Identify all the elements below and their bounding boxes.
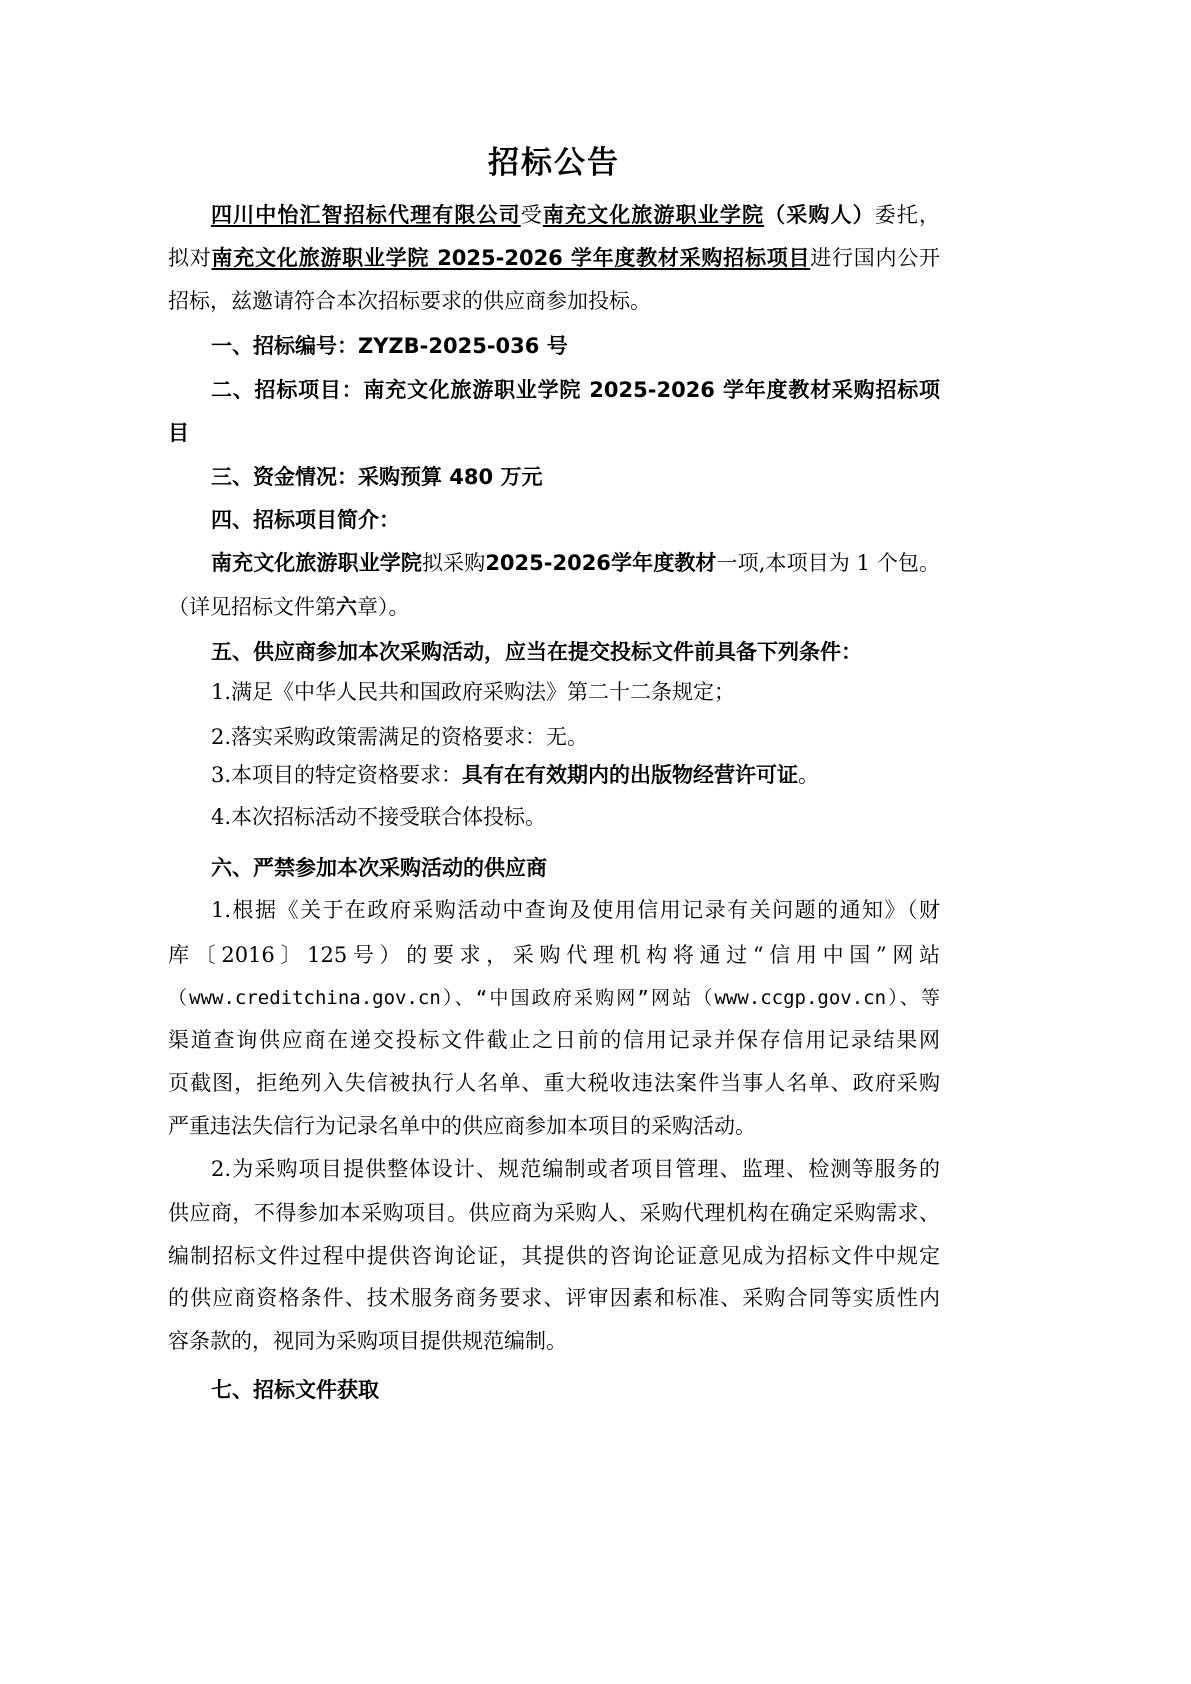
intro-text: 进行国内公开 xyxy=(810,246,940,270)
section-2-project-line-1: 二、招标项目：南充文化旅游职业学院 2025-2026 学年度教材采购招标项 xyxy=(168,375,940,405)
section-6-p1-line: 库〔2016〕125号）的要求，采购代理机构将通过“信用中国”网站 xyxy=(168,940,940,970)
text: 3.本项目的特定资格要求： xyxy=(211,763,462,787)
section-6-p1-line: 严重违法失信行为记录名单中的供应商参加本项目的采购活动。 xyxy=(168,1111,940,1141)
intro-line-2: 拟对南充文化旅游职业学院 2025-2026 学年度教材采购招标项目进行国内公开 xyxy=(168,243,940,273)
section-5-heading: 五、供应商参加本次采购活动，应当在提交投标文件前具备下列条件： xyxy=(168,637,940,667)
text: 章）。 xyxy=(357,595,410,619)
section-1-bid-number: 一、招标编号：ZYZB-2025-036 号 xyxy=(168,331,940,361)
project-name: 南充文化旅游职业学院 2025-2026 学年度教材采购招标项目 xyxy=(212,246,811,270)
section-4-reference: （详见招标文件第六章）。 xyxy=(168,592,940,622)
section-5-item-3: 3.本项目的特定资格要求：具有在有效期内的出版物经营许可证。 xyxy=(168,760,940,790)
text: 一项,本项目为 1 个包。 xyxy=(717,551,940,575)
section-5-item-1: 1.满足《中华人民共和国政府采购法》第二十二条规定； xyxy=(168,677,940,707)
item-name: 2025-2026学年度教材 xyxy=(485,551,716,575)
text: （详见招标文件第 xyxy=(168,595,336,619)
section-7-heading: 七、招标文件获取 xyxy=(168,1375,940,1405)
section-6-p1-line: 页截图，拒绝列入失信被执行人名单、重大税收违法案件当事人名单、政府采购 xyxy=(168,1068,940,1098)
license-requirement: 具有在有效期内的出版物经营许可证 xyxy=(462,763,798,787)
section-5-item-4: 4.本次招标活动不接受联合体投标。 xyxy=(168,802,940,832)
text: 。 xyxy=(798,763,819,787)
section-5-item-2: 2.落实采购政策需满足的资格要求：无。 xyxy=(168,722,940,752)
purchaser-name: 南充文化旅游职业学院 xyxy=(211,551,422,575)
purchaser-name: 南充文化旅游职业学院 xyxy=(543,203,764,227)
agency-name: 四川中怡汇智招标代理有限公司 xyxy=(211,203,521,227)
section-6-p2-line: 供应商，不得参加本采购项目。供应商为采购人、采购代理机构在确定采购需求、 xyxy=(168,1198,940,1228)
section-4-paragraph: 南充文化旅游职业学院拟采购2025-2026学年度教材一项,本项目为 1 个包。 xyxy=(168,548,940,578)
intro-text: 受 xyxy=(521,203,543,227)
chapter-number: 六 xyxy=(336,595,357,619)
intro-line-1: 四川中怡汇智招标代理有限公司受南充文化旅游职业学院（采购人）委托， xyxy=(168,200,940,230)
section-6-p2-line: 编制招标文件过程中提供咨询论证，其提供的咨询论证意见成为招标文件中规定 xyxy=(168,1241,940,1271)
section-2-project-line-2: 目 xyxy=(168,418,940,448)
section-4-heading: 四、招标项目简介： xyxy=(168,505,940,535)
section-3-budget: 三、资金情况：采购预算 480 万元 xyxy=(168,462,940,492)
intro-text: 拟对 xyxy=(168,246,212,270)
page-title: 招标公告 xyxy=(168,142,940,184)
section-6-p1-line: （www.creditchina.gov.cn）、“中国政府采购网”网站（www… xyxy=(168,983,940,1013)
section-6-p2-line: 容条款的，视同为采购项目提供规范编制。 xyxy=(168,1326,940,1356)
section-6-p2-line: 的供应商资格条件、技术服务商务要求、评审因素和标准、采购合同等实质性内 xyxy=(168,1283,940,1313)
purchaser-role: （采购人） xyxy=(764,203,875,227)
intro-text: 委托， xyxy=(875,203,940,227)
section-6-heading: 六、严禁参加本次采购活动的供应商 xyxy=(168,853,940,883)
section-6-p1-line: 1.根据《关于在政府采购活动中查询及使用信用记录有关问题的通知》（财 xyxy=(168,895,940,925)
intro-line-3: 招标，兹邀请符合本次招标要求的供应商参加投标。 xyxy=(168,286,940,316)
section-6-p1-line: 渠道查询供应商在递交投标文件截止之日前的信用记录并保存信用记录结果网 xyxy=(168,1025,940,1055)
section-6-p2-line: 2.为采购项目提供整体设计、规范编制或者项目管理、监理、检测等服务的 xyxy=(168,1154,940,1184)
text: 拟采购 xyxy=(422,551,485,575)
